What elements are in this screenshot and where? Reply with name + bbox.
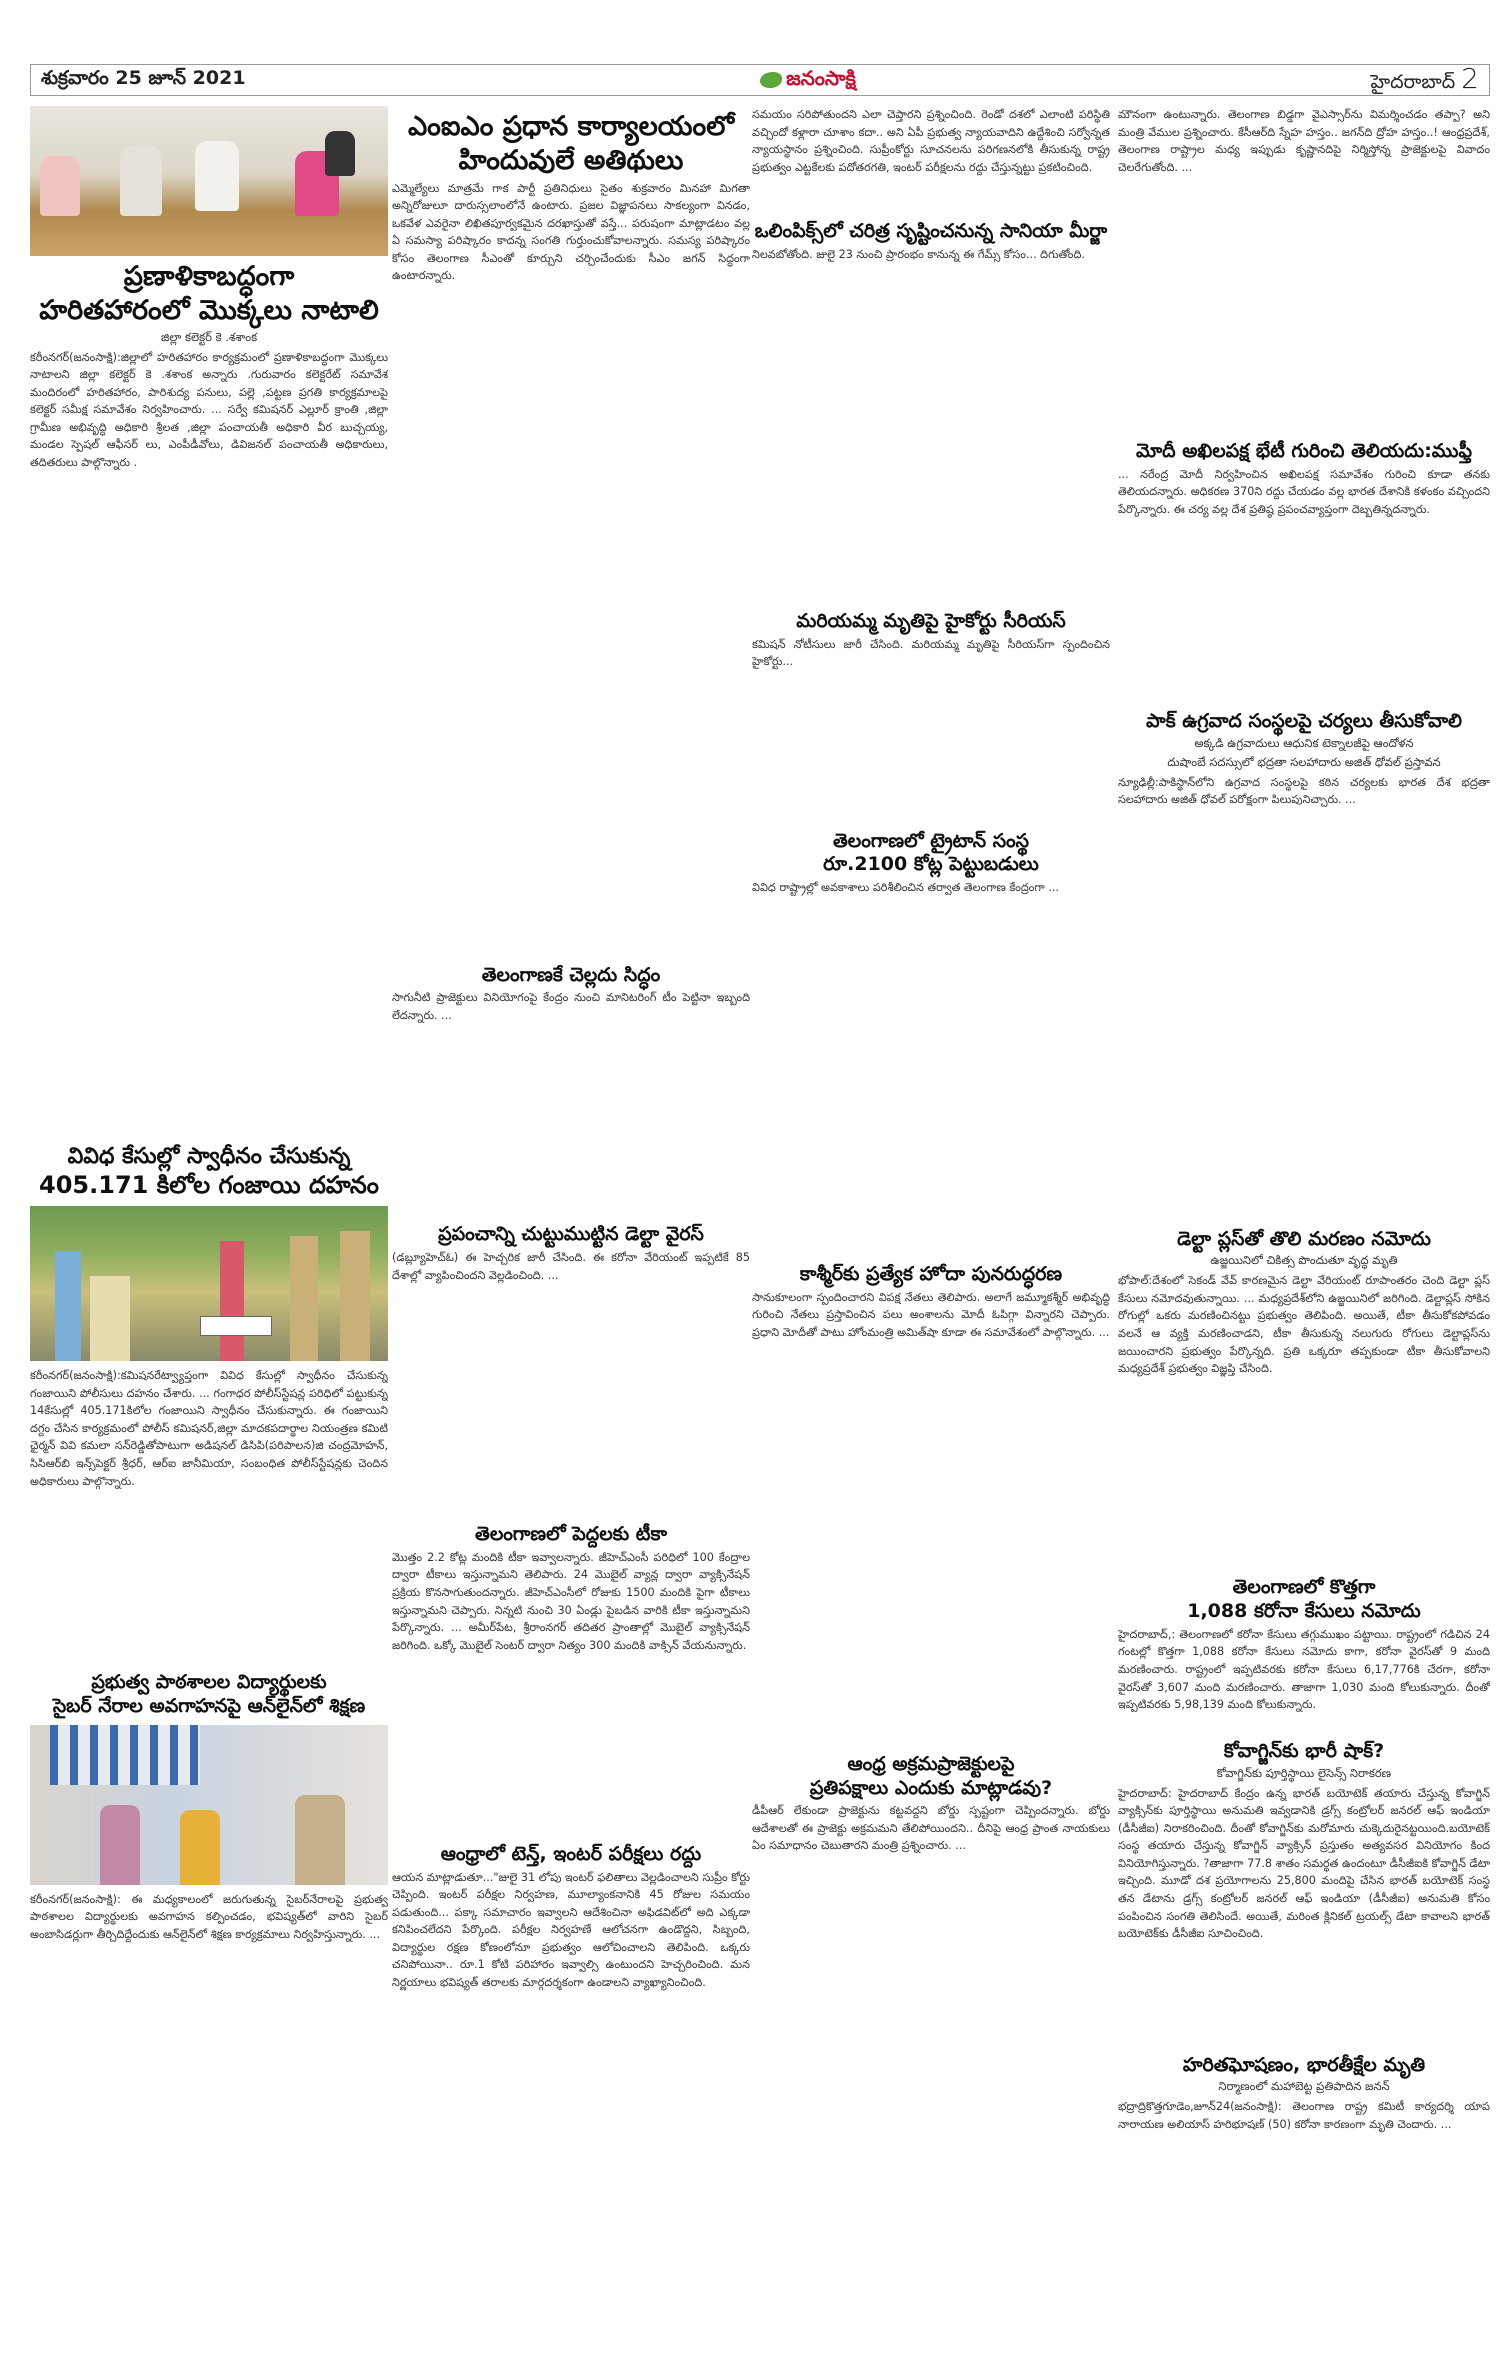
headline-delta-plus-death: డెల్టా ప్లస్‌తో తొలి మరణం నమోదు xyxy=(1118,1228,1490,1252)
article-body: కమిషన్ నోటీసులు జారీ చేసింది. మరియమ్మ మృ… xyxy=(752,636,1110,826)
masthead: శుక్రవారం 25 జూన్ 2021 జనంసాక్షి హైదరాబా… xyxy=(30,64,1490,96)
headline-triton-investment: తెలంగాణలో ట్రైటాన్ సంస్థ రూ.2100 కోట్ల ప… xyxy=(752,830,1110,878)
article-body: డీపీఆర్ లేకుండా ప్రాజెక్టును కట్టవద్దని … xyxy=(752,1802,1110,2302)
headline-line: తెలంగాణలో కొత్తగా xyxy=(1118,1576,1490,1600)
logo-text: జనంసాక్షి xyxy=(786,66,856,95)
article-body: నిలవబోతోంది. జులై 23 నుంచి ప్రారంభం కాను… xyxy=(752,246,1110,606)
article-body: కరీంనగర్(జనంసాక్షి): ఈ మధ్యకాలంలో జరుగుత… xyxy=(30,1891,388,2311)
article-body: భోపాల్:దేశంలో సెకండ్ వేవ్ కారణమైన డెల్టా… xyxy=(1118,1272,1490,1572)
cyber-training-photo xyxy=(30,1725,388,1885)
headline-line: ఎంఐఎం ప్రధాన కార్యాలయంలో xyxy=(392,110,750,144)
ganja-burning-photo xyxy=(30,1206,388,1361)
subheadline: అక్కడి ఉగ్రవాదులు ఆధునిక టెక్నాలజీపై ఆంద… xyxy=(1118,736,1490,753)
subheadline: ఉజ్జయినిలో చికిత్స పొందుతూ వృద్ధ మృతి xyxy=(1118,1253,1490,1270)
subheadline: నిర్మాణంలో మహాబెట్ట ప్రతిపాదిన జనన్ xyxy=(1118,2079,1490,2096)
headline-line: హరితహారంలో మొక్కలు నాటాలి xyxy=(30,294,388,328)
article-body: సాగునీటి ప్రాజెక్టులు వినియోగంపై కేంద్రం… xyxy=(392,989,750,1219)
column-3: సమయం సరిపోతుందని ఎలా చెప్తారని ప్రశ్నించ… xyxy=(752,106,1110,2302)
article-body: మౌనంగా ఉంటున్నారు. తెలంగాణ బిడ్డగా వైఎస్… xyxy=(1118,106,1490,436)
headline-sania-mirza: ఒలింపిక్స్‌లో చరిత్ర సృష్టించనున్న సానియ… xyxy=(752,220,1110,244)
headline-line: ప్రణాళికాబద్ధంగా xyxy=(30,260,388,294)
headline-line: ప్రభుత్వ పాఠశాలల విద్యార్థులకు xyxy=(30,1671,388,1695)
headline-kashmir-status: కాశ్మీర్‌కు ప్రత్యేక హోదా పునరుద్ధరణ xyxy=(752,1263,1110,1287)
column-1: ప్రణాళికాబద్ధంగా హరితహారంలో మొక్కలు నాటా… xyxy=(30,106,388,2311)
headline-line: సైబర్ నేరాల అవగాహనపై ఆన్‌లైన్‌లో శిక్షణ xyxy=(30,1695,388,1719)
article-body: సమయం సరిపోతుందని ఎలా చెప్తారని ప్రశ్నించ… xyxy=(752,106,1110,216)
headline-pak-terror: పాక్ ఉగ్రవాద సంస్థలపై చర్యలు తీసుకోవాలి xyxy=(1118,710,1490,734)
headline-mufti: మోదీ అఖిలపక్ష భేటీ గురించి తెలియదు:ముఫ్త… xyxy=(1118,440,1490,464)
newspaper-logo: జనంసాక్షి xyxy=(760,66,856,95)
headline-delta-virus: ప్రపంచాన్ని చుట్టుముట్టిన డెల్టా వైరస్ xyxy=(392,1223,750,1247)
column-2: ఎంఐఎం ప్రధాన కార్యాలయంలో హిందువులే అతిథు… xyxy=(392,106,750,2199)
headline-line: రూ.2100 కోట్ల పెట్టుబడులు xyxy=(752,853,1110,877)
article-body: న్యూఢిల్లీ:పాకిస్థాన్‌లోని ఉగ్రవాద సంస్థ… xyxy=(1118,774,1490,1224)
headline-line: హిందువులే అతిథులు xyxy=(392,144,750,178)
article-body: ఎమ్మెల్యేలు మాత్రమే గాక పార్టీ ప్రతినిధు… xyxy=(392,180,750,960)
article-body: వివిధ రాష్ట్రాల్లో అవకాశాలు పరిశీలించిన … xyxy=(752,879,1110,1259)
issue-date: శుక్రవారం 25 జూన్ 2021 xyxy=(41,67,246,94)
article-body: (డబ్ల్యూహెచ్ఓ) ఈ హెచ్చరిక జారీ చేసింది. … xyxy=(392,1249,750,1519)
article-body: మొత్తం 2.2 కోట్ల మందికి టీకా ఇవ్వాలన్నార… xyxy=(392,1549,750,1839)
headline-telangana: తెలంగాణకే చెల్లదు సిద్ధం xyxy=(392,964,750,988)
city-name: హైదరాబాద్ xyxy=(1371,71,1456,98)
byline: జిల్లా కలెక్టర్ కె .శశాంక xyxy=(30,330,388,347)
headline-mim-office: ఎంఐఎం ప్రధాన కార్యాలయంలో హిందువులే అతిథు… xyxy=(392,110,750,178)
headline-line: ప్రతిపక్షాలు ఎందుకు మాట్లాడవు? xyxy=(752,1777,1110,1801)
headline-line: 1,088 కరోనా కేసులు నమోదు xyxy=(1118,1600,1490,1624)
headline-cyber-training: ప్రభుత్వ పాఠశాలల విద్యార్థులకు సైబర్ నేర… xyxy=(30,1671,388,1719)
headline-telangana-covid: తెలంగాణలో కొత్తగా 1,088 కరోనా కేసులు నమో… xyxy=(1118,1576,1490,1624)
article-body: హైదరాబాద్: హైదరాబాద్ కేంద్రం ఉన్న భారత్ … xyxy=(1118,1785,1490,2050)
headline-ganja-burning: వివిధ కేసుల్లో స్వాధీనం చేసుకున్న 405.17… xyxy=(30,1143,388,1201)
headline-mariyamma-highcourt: మరియమ్మ మృతిపై హైకోర్టు సీరియస్ xyxy=(752,610,1110,634)
article-body: హైదరాబాద్,: తెలంగాణలో కరోనా కేసులు తగ్గు… xyxy=(1118,1626,1490,1736)
article-body: ఆయన మాట్లాడుతూ..."జులై 31 లోపు ఇంటర్ ఫలి… xyxy=(392,1869,750,2199)
headline-line: ఆంధ్ర అక్రమప్రాజెక్టులపై xyxy=(752,1753,1110,1777)
page-number: 2 xyxy=(1461,62,1479,95)
headline-exams-cancelled: ఆంధ్రాలో టెన్త్, ఇంటర్ పరీక్షలు రద్దు xyxy=(392,1843,750,1867)
article-body: కరీంనగర్(జనంసాక్షి):జిల్లాలో హరితహారం కా… xyxy=(30,349,388,1139)
article-body: కరీంనగర్(జనంసాక్షి):కమిషనరేట్వ్యాప్తంగా … xyxy=(30,1367,388,1667)
column-4: మౌనంగా ఉంటున్నారు. తెలంగాణ బిడ్డగా వైఎస్… xyxy=(1118,106,1490,2298)
edition-label: హైదరాబాద్ 2 xyxy=(1371,62,1479,98)
subheadline: దుషాంబే సదస్సులో భద్రతా సలహాదారు అజిత్ ధ… xyxy=(1118,755,1490,772)
article-body: సానుకూలంగా స్పందించారని విపక్ష నేతలు తెల… xyxy=(752,1289,1110,1749)
collector-meeting-photo xyxy=(30,106,388,256)
headline-andhra-projects: ఆంధ్ర అక్రమప్రాజెక్టులపై ప్రతిపక్షాలు ఎం… xyxy=(752,1753,1110,1801)
headline-haribhushan: హరితఘోషణం, భారతీక్షేల మృతి xyxy=(1118,2054,1490,2078)
headline-line: తెలంగాణలో ట్రైటాన్ సంస్థ xyxy=(752,830,1110,854)
headline-vaccination: తెలంగాణలో పెద్దలకు టీకా xyxy=(392,1523,750,1547)
headline-line: వివిధ కేసుల్లో స్వాధీనం చేసుకున్న xyxy=(30,1143,388,1171)
article-body: భద్రాద్రికొత్తగూడెం,జూన్24(జనంసాక్షి): త… xyxy=(1118,2098,1490,2298)
headline-haritha-haram: ప్రణాళికాబద్ధంగా హరితహారంలో మొక్కలు నాటా… xyxy=(30,260,388,328)
headline-line: 405.171 కిలోల గంజాయి దహనం xyxy=(30,1170,388,1200)
telangana-map-icon xyxy=(760,72,782,88)
subheadline: కోవాగ్జిన్‌కు పూర్తిస్థాయి లైసెన్స్ నిరా… xyxy=(1118,1766,1490,1783)
headline-covaxin-shock: కోవాగ్జిన్‌కు భారీ షాక్? xyxy=(1118,1740,1490,1764)
article-body: ... నరేంద్ర మోదీ నిర్వహించిన అఖిలపక్ష సమ… xyxy=(1118,466,1490,706)
newspaper-page: శుక్రవారం 25 జూన్ 2021 జనంసాక్షి హైదరాబా… xyxy=(30,64,1490,2344)
